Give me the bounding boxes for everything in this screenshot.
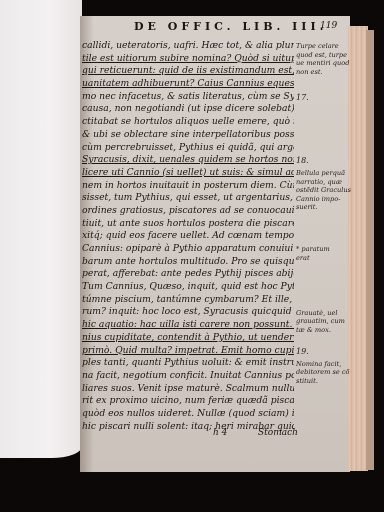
text-line: nem in hortos inuitauit in posterum diem… xyxy=(82,180,294,193)
text-line: uanitatem adhibuerunt? Caius Cannius equ… xyxy=(82,78,294,91)
text-line: liares suos. Venit ipse maturè. Scalmum … xyxy=(82,383,294,396)
text-line: ctitabat se hortulos aliquos uelle emere… xyxy=(82,116,294,129)
text-line: na facit, negotium conficit. Inuitat Can… xyxy=(82,370,294,383)
margin-note: Bellula perquãnarratio, quæostẽdit Gracu… xyxy=(296,169,352,212)
margin-note-line: tæ & mox. xyxy=(296,326,352,335)
book-fore-edge xyxy=(366,30,374,470)
signature-mark: h 4 xyxy=(213,428,227,438)
text-line: callidi, ueteratoris, uafri. Hæc tot, & … xyxy=(82,40,294,53)
margin-note-line: Grauatè, uel xyxy=(296,309,352,318)
text-line: quòd eos nullos uideret. Nullæ (quod sci… xyxy=(82,408,294,421)
margin-note: Turpe celarequod est, turpeue mentiri qu… xyxy=(296,42,352,76)
margin-note-line: Nomina facit, xyxy=(296,360,352,369)
line-number-marker: 19. xyxy=(296,348,352,357)
margin-note-line: narratio, quæ xyxy=(296,178,352,187)
margin-note: Nomina facit,debitorem se cõstituit. xyxy=(296,360,352,386)
text-line: & ubi se oblectare sine interpellatoribu… xyxy=(82,129,294,142)
margin-note-line: Turpe celare xyxy=(296,42,352,51)
margin-note-line: stituit. xyxy=(296,377,352,386)
text-line: tiuit, ut ante suos hortulos postera die… xyxy=(82,218,294,231)
margin-note: Grauatè, uelgrauatim, cumtæ & mox. xyxy=(296,309,352,335)
page-number: 119 xyxy=(320,21,337,31)
margin-note-line: Bellula perquã xyxy=(296,169,352,178)
text-line: mo nec infacetus, & satis literatus, cùm… xyxy=(82,91,294,104)
text-line: perat, afferebat: ante pedes Pythij pisc… xyxy=(82,268,294,281)
text-line: tile est uitiorum subire nomina? Quòd si… xyxy=(82,53,294,66)
line-number-marker: 18. xyxy=(296,157,352,166)
text-line: primò. Quid multa? impetrat. Emit homo c… xyxy=(82,345,294,358)
margin-note-line: Cannio impo- xyxy=(296,195,352,204)
left-page-facing xyxy=(0,0,82,458)
text-line: cùm percrebruisset, Pythius ei quidã, qu… xyxy=(82,142,294,155)
margin-note-line: erat xyxy=(296,254,352,263)
text-line: hic aquatio: hac uilla isti carere non p… xyxy=(82,319,294,332)
text-line: rum? inquit: hoc loco est, Syracusis qui… xyxy=(82,306,294,319)
text-line: nius cupiditate, contendit à Pythio, ut … xyxy=(82,332,294,345)
margin-note-line: quod est, turpe xyxy=(296,51,352,60)
text-line: túmne piscium, tantúmne cymbarum? Et ill… xyxy=(82,294,294,307)
margin-note-line: ostẽdit Graculus xyxy=(296,186,352,195)
text-line: Tum Cannius, Quæso, inquit, quid est hoc… xyxy=(82,281,294,294)
catchword: Stomach xyxy=(258,428,298,438)
margin-note-line: debitorem se cõ xyxy=(296,368,352,377)
text-line: sisset, tum Pythius, qui esset, ut argen… xyxy=(82,192,294,205)
text-line: Syracusis, dixit, uenales quidem se hort… xyxy=(82,154,294,167)
text-line: xitq́; quid eos facere uellet. Ad cœnam … xyxy=(82,230,294,243)
text-line: rit ex proximo uicino, num feriæ quædã p… xyxy=(82,395,294,408)
text-line: ordines gratiosus, piscatores ad se conu… xyxy=(82,205,294,218)
text-line: causa, non negotiandi (ut ipse dicere so… xyxy=(82,103,294,116)
body-text: callidi, ueteratoris, uafri. Hæc tot, & … xyxy=(82,40,294,433)
margin-note: * paratumerat xyxy=(296,245,352,262)
text-line: licere uti Cannio (si uellet) ut suis: &… xyxy=(82,167,294,180)
text-line: barum ante hortulos multitudo. Pro se qu… xyxy=(82,256,294,269)
line-number-marker: 17. xyxy=(296,94,352,103)
margin-note-line: suerit. xyxy=(296,203,352,212)
text-line: ples tanti, quanti Pythius uoluit: & emi… xyxy=(82,357,294,370)
text-line: Cannius: opiparè à Pythio apparatum conu… xyxy=(82,243,294,256)
running-head-title: DE OFFIC. LIB. III. xyxy=(134,20,327,33)
margin-note-line: * paratum xyxy=(296,245,352,254)
margin-note-line: ue mentiri quod xyxy=(296,59,352,68)
margin-note-line: non est. xyxy=(296,68,352,77)
text-line: qui reticuerunt: quid de iis existimandu… xyxy=(82,65,294,78)
margin-note-line: grauatim, cum xyxy=(296,317,352,326)
